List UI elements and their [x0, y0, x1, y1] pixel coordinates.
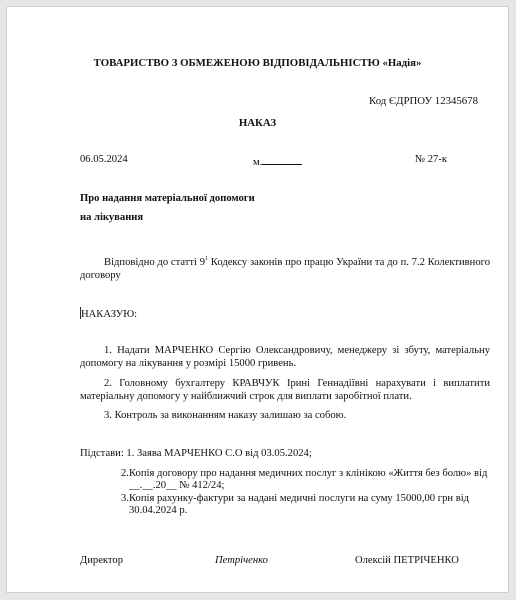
order-number: № 27-к: [415, 154, 447, 165]
order-heading: НАКАЗУЮ:: [80, 307, 137, 320]
order-date: 06.05.2024: [80, 154, 128, 165]
signature: Петріченко: [215, 555, 268, 566]
subject-line-1: Про надання матеріальної допомоги: [80, 193, 255, 204]
grounds-item-text: Копія договору про надання медичних посл…: [129, 468, 487, 479]
order-item: 2. Головному бухгалтеру КРАВЧУК Ірині Ге…: [80, 378, 490, 403]
city-prefix: м.: [253, 157, 262, 168]
order-item: 1. Надати МАРЧЕНКО Сергію Олександровичу…: [80, 345, 490, 370]
grounds-item-text: Копія рахунку-фактури за надані медичні …: [129, 493, 469, 504]
edrpou-code: Код ЄДРПОУ 12345678: [369, 95, 478, 107]
basis-text: Відповідно до статті 9: [104, 257, 205, 268]
signer-name: Олексій ПЕТРІЧЕНКО: [355, 555, 459, 566]
subject-line-2: на лікування: [80, 212, 143, 223]
document-page: ТОВАРИСТВО З ОБМЕЖЕНОЮ ВІДПОВІДАЛЬНІСТЮ …: [6, 6, 509, 593]
grounds-item-number: 2.: [121, 468, 129, 480]
grounds-item-number: 3.: [121, 493, 129, 505]
grounds-item: 3.Копія рахунку-фактури за надані медичн…: [121, 493, 501, 517]
document-title: НАКАЗ: [7, 117, 508, 129]
order-item: 3. Контроль за виконанням наказу залишаю…: [80, 410, 490, 423]
grounds-item: 2.Копія договору про надання медичних по…: [121, 468, 501, 492]
order-city: м.: [253, 154, 302, 168]
city-blank-line: [262, 154, 302, 165]
grounds-label: Підстави: 1. Заява МАРЧЕНКО С.О від 03.0…: [80, 448, 312, 459]
grounds-item-text-cont: 30.04.2024 р.: [121, 505, 501, 517]
basis-paragraph: Відповідно до статті 91 Кодексу законів …: [80, 253, 490, 282]
order-word: НАКАЗУЮ:: [81, 309, 137, 320]
organization-name: ТОВАРИСТВО З ОБМЕЖЕНОЮ ВІДПОВІДАЛЬНІСТЮ …: [7, 57, 508, 69]
grounds-item-text-cont: __.__.20__ № 412/24;: [121, 480, 501, 492]
signer-role: Директор: [80, 555, 123, 566]
